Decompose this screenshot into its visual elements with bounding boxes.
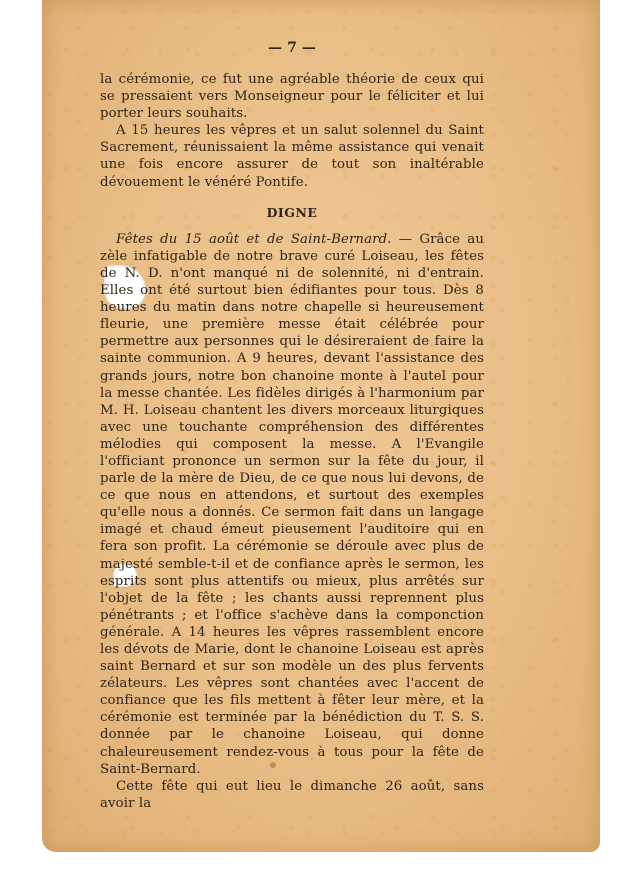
section-heading: DIGNE bbox=[100, 204, 484, 221]
paragraph-feasts: Fêtes du 15 août et de Saint-Bernard. — … bbox=[100, 231, 484, 778]
paragraph-lead-title: Fêtes du 15 août et de Saint-Bernard. bbox=[116, 232, 392, 247]
paragraph-continuation: la cérémonie, ce fut une agréable théori… bbox=[100, 71, 484, 122]
paragraph-closing: Cette fête qui eut lieu le dimanche 26 a… bbox=[100, 778, 484, 812]
document-body: — 7 — la cérémonie, ce fut une agréable … bbox=[100, 40, 484, 812]
page-number: — 7 — bbox=[100, 40, 484, 57]
paragraph-vespers: A 15 heures les vêpres et un salut solen… bbox=[100, 122, 484, 190]
lead-dash: — bbox=[392, 232, 420, 247]
paragraph-body: Grâce au zèle infatigable de notre brave… bbox=[100, 232, 484, 777]
